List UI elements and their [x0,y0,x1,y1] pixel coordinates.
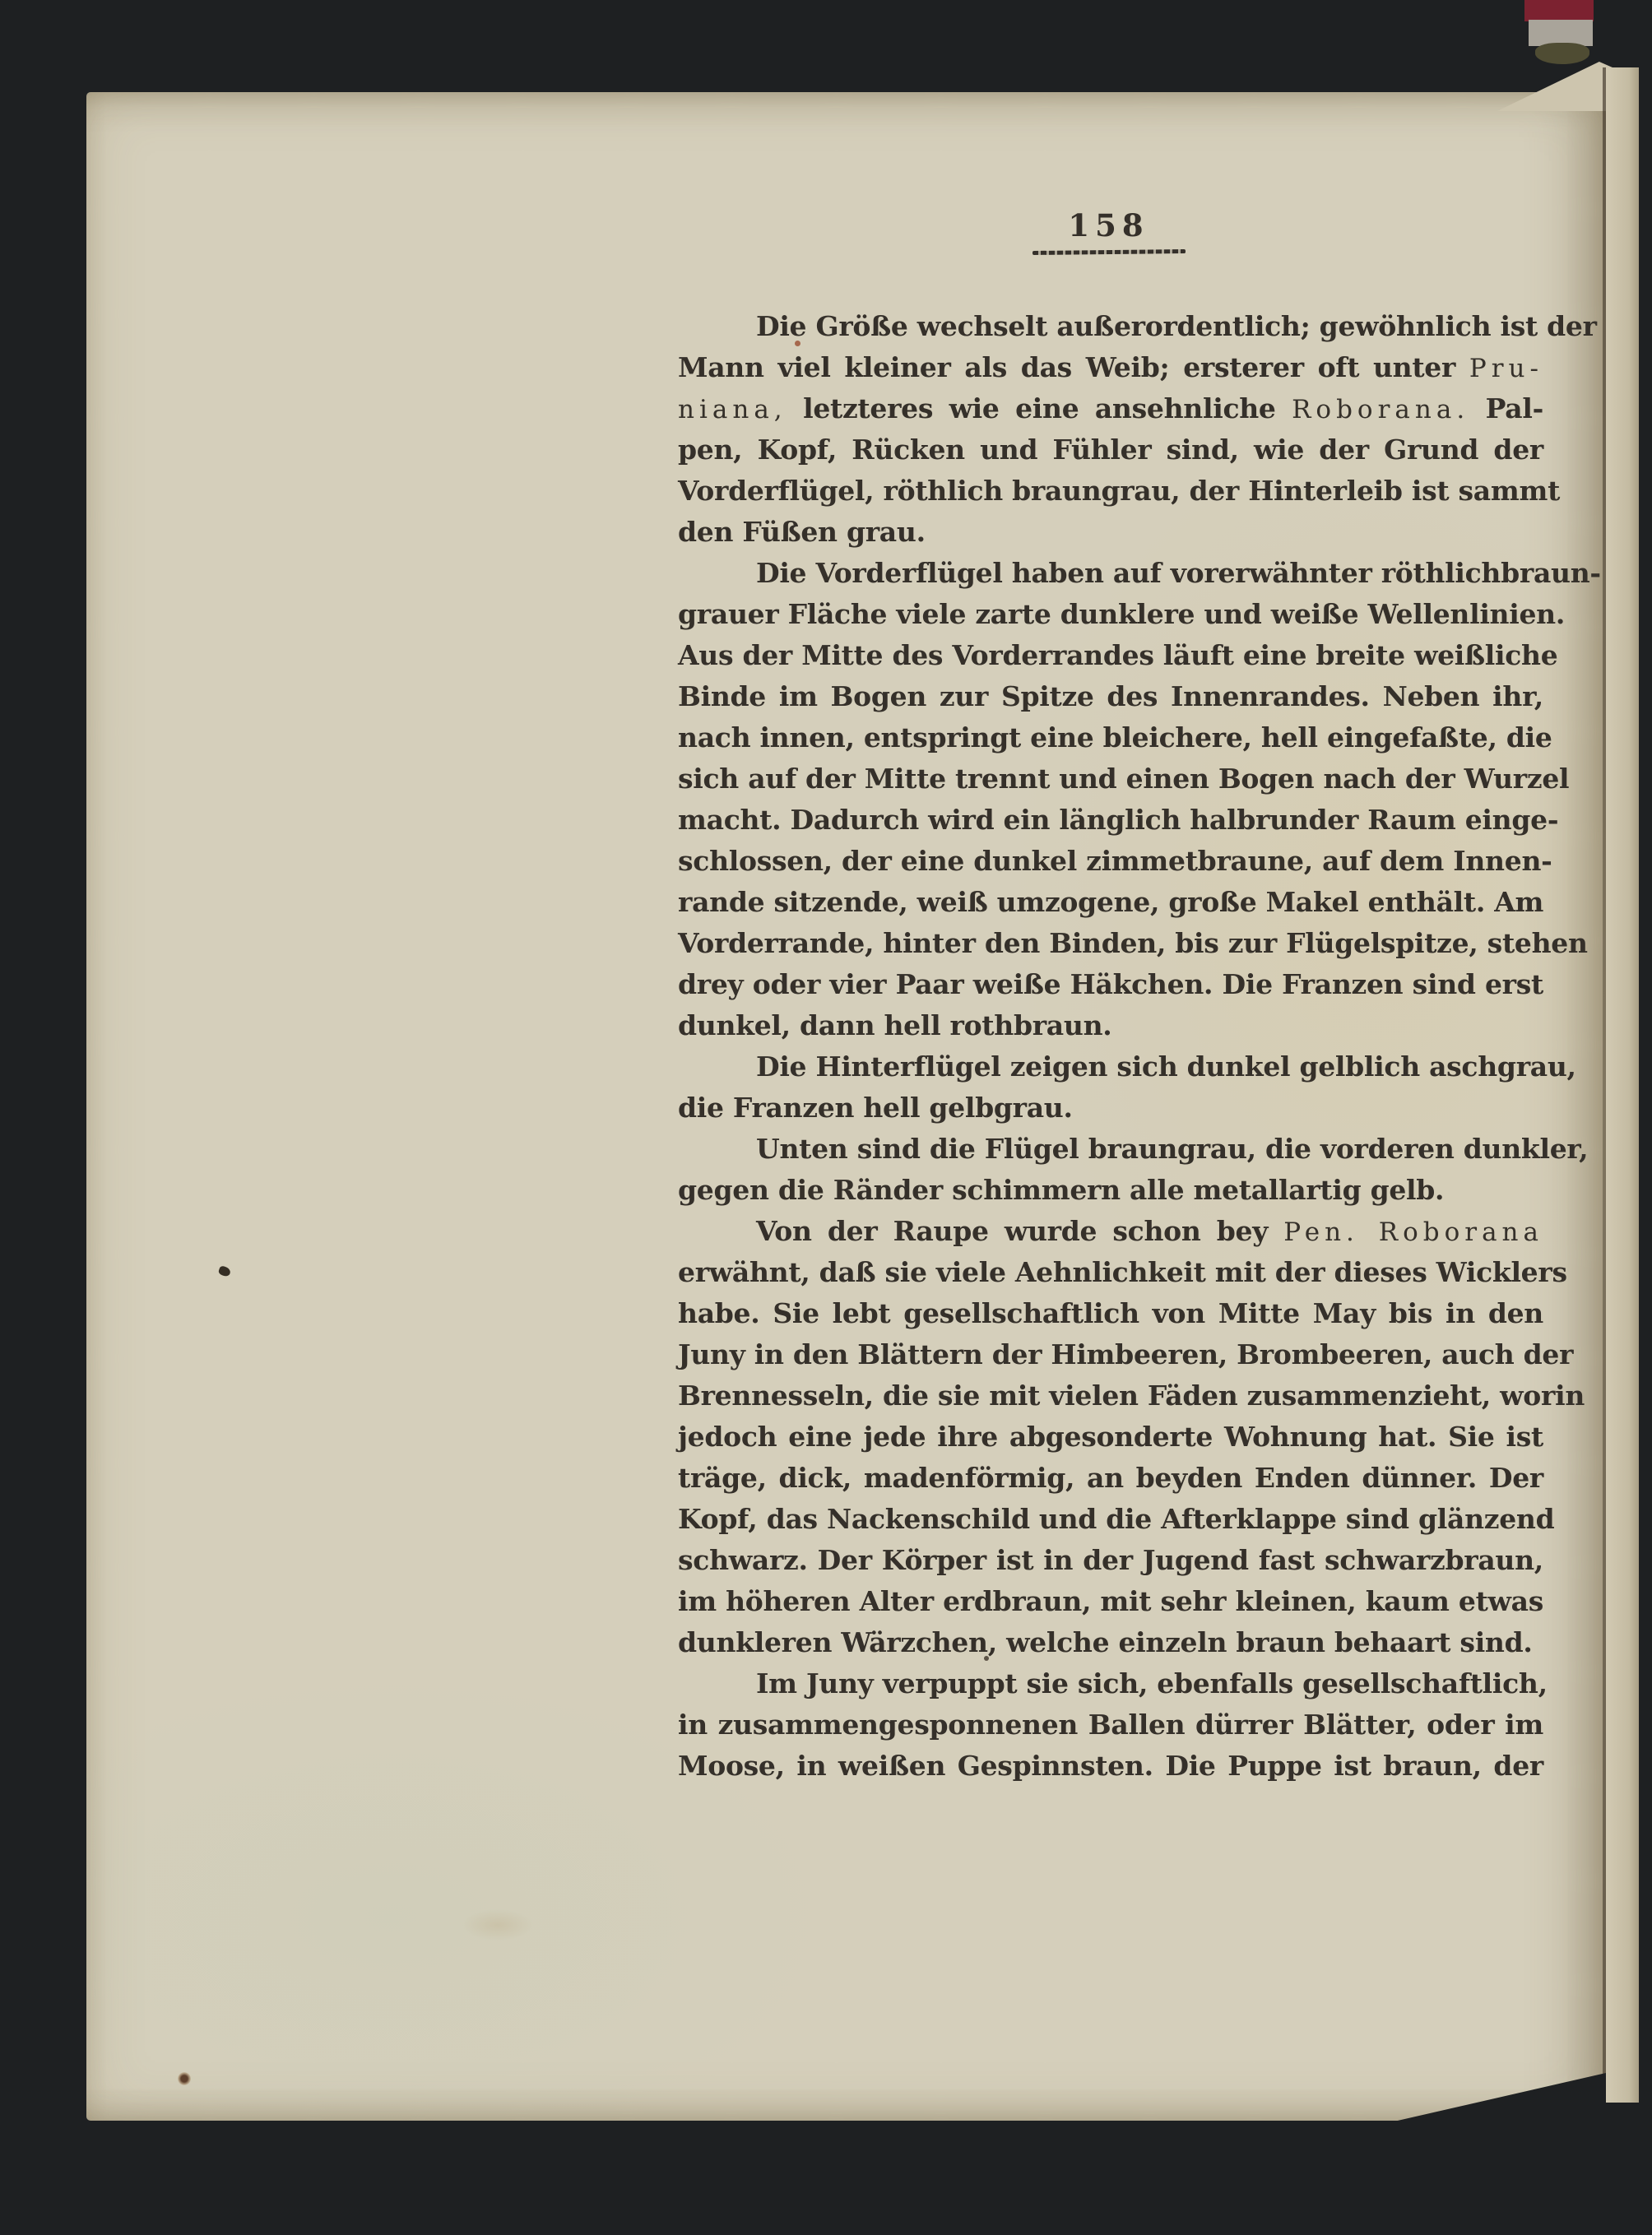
text-line: gegen die Ränder schimmern alle metallar… [678,1170,1543,1211]
text-line: Juny in den Blättern der Himbeeren, Brom… [678,1334,1543,1375]
latin-species-name: niana, [678,395,787,424]
paper-speck [984,1656,989,1661]
text-line: den Füßen grau. [678,512,1543,553]
text-line: Brennesseln, die sie mit vielen Fäden zu… [678,1375,1543,1417]
headband-green [1535,43,1589,64]
gutter-crease [1603,67,1606,2103]
text-line: Vorderflügel, röthlich braungrau, der Hi… [678,471,1543,512]
text-line: Binde im Bogen zur Spitze des Innenrande… [678,676,1543,717]
text-line: schlossen, der eine dunkel zimmetbraune,… [678,841,1543,882]
text-line: drey oder vier Paar weiße Häkchen. Die F… [678,964,1543,1005]
paper-speck [795,341,800,346]
text-line: Kopf, das Nackenschild und die Afterklap… [678,1499,1543,1540]
text-line: dunkel, dann hell rothbraun. [678,1005,1543,1046]
text-line: Mann viel kleiner als das Weib; ersterer… [678,347,1543,388]
text-line: träge, dick, madenförmig, an beyden Ende… [678,1458,1543,1499]
text-line: niana, letzteres wie eine ansehnliche Ro… [678,388,1543,429]
text-line: im höheren Alter erdbraun, mit sehr klei… [678,1581,1543,1622]
text-line: Im Juny verpuppt sie sich, ebenfalls ges… [678,1663,1543,1704]
text-line: Vorderrande, hinter den Binden, bis zur … [678,923,1543,964]
adjacent-page-edge [1606,67,1639,2106]
latin-species-name: Pen. Roborana [1283,1217,1543,1247]
text-line: schwarz. Der Körper ist in der Jugend fa… [678,1540,1543,1581]
text-line: pen, Kopf, Rücken und Fühler sind, wie d… [678,429,1543,471]
text-line: habe. Sie lebt gesellschaftlich von Mitt… [678,1293,1543,1334]
headband-red [1524,0,1594,21]
text-line: jedoch eine jede ihre abgesonderte Wohnu… [678,1417,1543,1458]
page-number-rule [1032,249,1185,255]
text-line: grauer Fläche viele zarte dunklere und w… [678,594,1543,635]
text-line: erwähnt, daß sie viele Aehnlichkeit mit … [678,1252,1543,1293]
scan-background: 158 Die Größe wechselt außerordentlich; … [0,0,1652,2235]
text-line: Die Größe wechselt außerordentlich; gewö… [678,306,1543,347]
text-line: Moose, in weißen Gespinnsten. Die Puppe … [678,1746,1543,1787]
text-line: Aus der Mitte des Vorderrandes läuft ein… [678,635,1543,676]
paper-stain [461,1908,535,1941]
text-line: Die Hinterflügel zeigen sich dunkel gelb… [678,1046,1543,1087]
paper-stain [178,2072,191,2085]
latin-species-name: Roborana. [1292,395,1469,424]
text-line: dunkleren Wärzchen, welche einzeln braun… [678,1622,1543,1663]
text-line: sich auf der Mitte trennt und einen Boge… [678,758,1543,800]
page-bottom-edge-shadow [1606,2103,1639,2122]
text-block: Die Größe wechselt außerordentlich; gewö… [678,306,1543,1787]
text-line: Die Vorderflügel haben auf vorerwähnter … [678,553,1543,594]
latin-species-name: Pru- [1469,354,1543,383]
scan-right-border [1639,0,1652,2235]
text-line: Von der Raupe wurde schon bey Pen. Robor… [678,1211,1543,1252]
page-number-block: 158 [1024,207,1193,254]
text-line: Unten sind die Flügel braungrau, die vor… [678,1129,1543,1170]
text-line: in zusammengesponnenen Ballen dürrer Blä… [678,1704,1543,1746]
text-line: nach innen, entspringt eine bleichere, h… [678,717,1543,758]
text-line: macht. Dadurch wird ein länglich halbrun… [678,800,1543,841]
page-number: 158 [1024,207,1193,243]
text-line: rande sitzende, weiß umzogene, große Mak… [678,882,1543,923]
text-line: die Franzen hell gelbgrau. [678,1087,1543,1129]
